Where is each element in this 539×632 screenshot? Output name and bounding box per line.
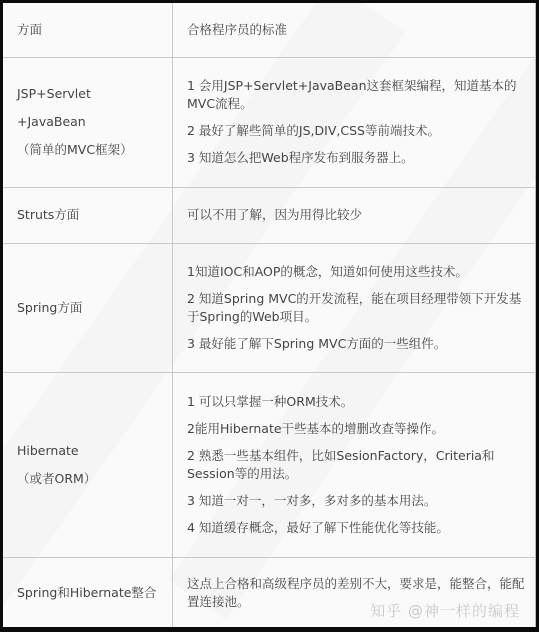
zhihu-watermark: 知乎 @神一样的编程	[370, 600, 520, 621]
aspect-line: +JavaBean	[17, 113, 158, 131]
table-row: Spring方面 1知道IOC和AOP的概念，知道如何使用这些技术。 2 知道S…	[3, 243, 536, 372]
standard-item: 3 最好能了解下Spring MVC方面的一些组件。	[187, 335, 527, 353]
table-row: Struts方面 可以不用了解，因为用得比较少	[3, 187, 536, 243]
table-row: JSP+Servlet +JavaBean （简单的MVC框架） 1 会用JSP…	[3, 57, 536, 187]
standard-item: 1 可以只掌握一种ORM技术。	[187, 393, 527, 411]
table-row: Hibernate （或者ORM） 1 可以只掌握一种ORM技术。 2能用Hib…	[3, 372, 536, 557]
aspect-cell: Spring方面	[3, 243, 173, 372]
aspect-cell: Struts方面	[3, 187, 173, 243]
aspect-line: Hibernate	[17, 442, 158, 460]
standard-item: 2 最好了解些简单的JS,DIV,CSS等前端技术。	[187, 122, 527, 140]
programmer-standards-table: 方面 合格程序员的标准 JSP+Servlet +JavaBean （简单的MV…	[3, 3, 536, 627]
standard-item: 4 知道缓存概念，最好了解下性能优化等技能。	[187, 519, 527, 537]
aspect-line: JSP+Servlet	[17, 85, 158, 103]
aspect-cell: Spring和Hibernate整合	[3, 557, 173, 627]
standard-item: 3 知道一对一，一对多，多对多的基本用法。	[187, 492, 527, 510]
header-aspect: 方面	[3, 3, 173, 57]
standard-cell: 1 会用JSP+Servlet+JavaBean这套框架编程，知道基本的MVC流…	[173, 57, 536, 187]
standard-item: 3 知道怎么把Web程序发布到服务器上。	[187, 149, 527, 167]
standard-cell: 可以不用了解，因为用得比较少	[173, 187, 536, 243]
standard-cell: 1 可以只掌握一种ORM技术。 2能用Hibernate干些基本的增删改查等操作…	[173, 372, 536, 557]
aspect-line: （简单的MVC框架）	[17, 141, 158, 159]
standard-item: 2 熟悉一些基本组件，比如SesionFactory，Criteria和Sess…	[187, 447, 527, 483]
aspect-cell: JSP+Servlet +JavaBean （简单的MVC框架）	[3, 57, 173, 187]
standard-item: 2能用Hibernate干些基本的增删改查等操作。	[187, 420, 527, 438]
standard-cell: 1知道IOC和AOP的概念，知道如何使用这些技术。 2 知道Spring MVC…	[173, 243, 536, 372]
header-standard: 合格程序员的标准	[173, 3, 536, 57]
standard-item: 可以不用了解，因为用得比较少	[187, 206, 527, 224]
standard-item: 2 知道Spring MVC的开发流程，能在项目经理带领下开发基于Spring的…	[187, 290, 527, 326]
standard-item: 1 会用JSP+Servlet+JavaBean这套框架编程，知道基本的MVC流…	[187, 77, 527, 113]
aspect-line: （或者ORM）	[17, 470, 158, 488]
standard-item: 1知道IOC和AOP的概念，知道如何使用这些技术。	[187, 263, 527, 281]
table-header-row: 方面 合格程序员的标准	[3, 3, 536, 57]
table-frame: 方面 合格程序员的标准 JSP+Servlet +JavaBean （简单的MV…	[3, 3, 536, 627]
aspect-cell: Hibernate （或者ORM）	[3, 372, 173, 557]
